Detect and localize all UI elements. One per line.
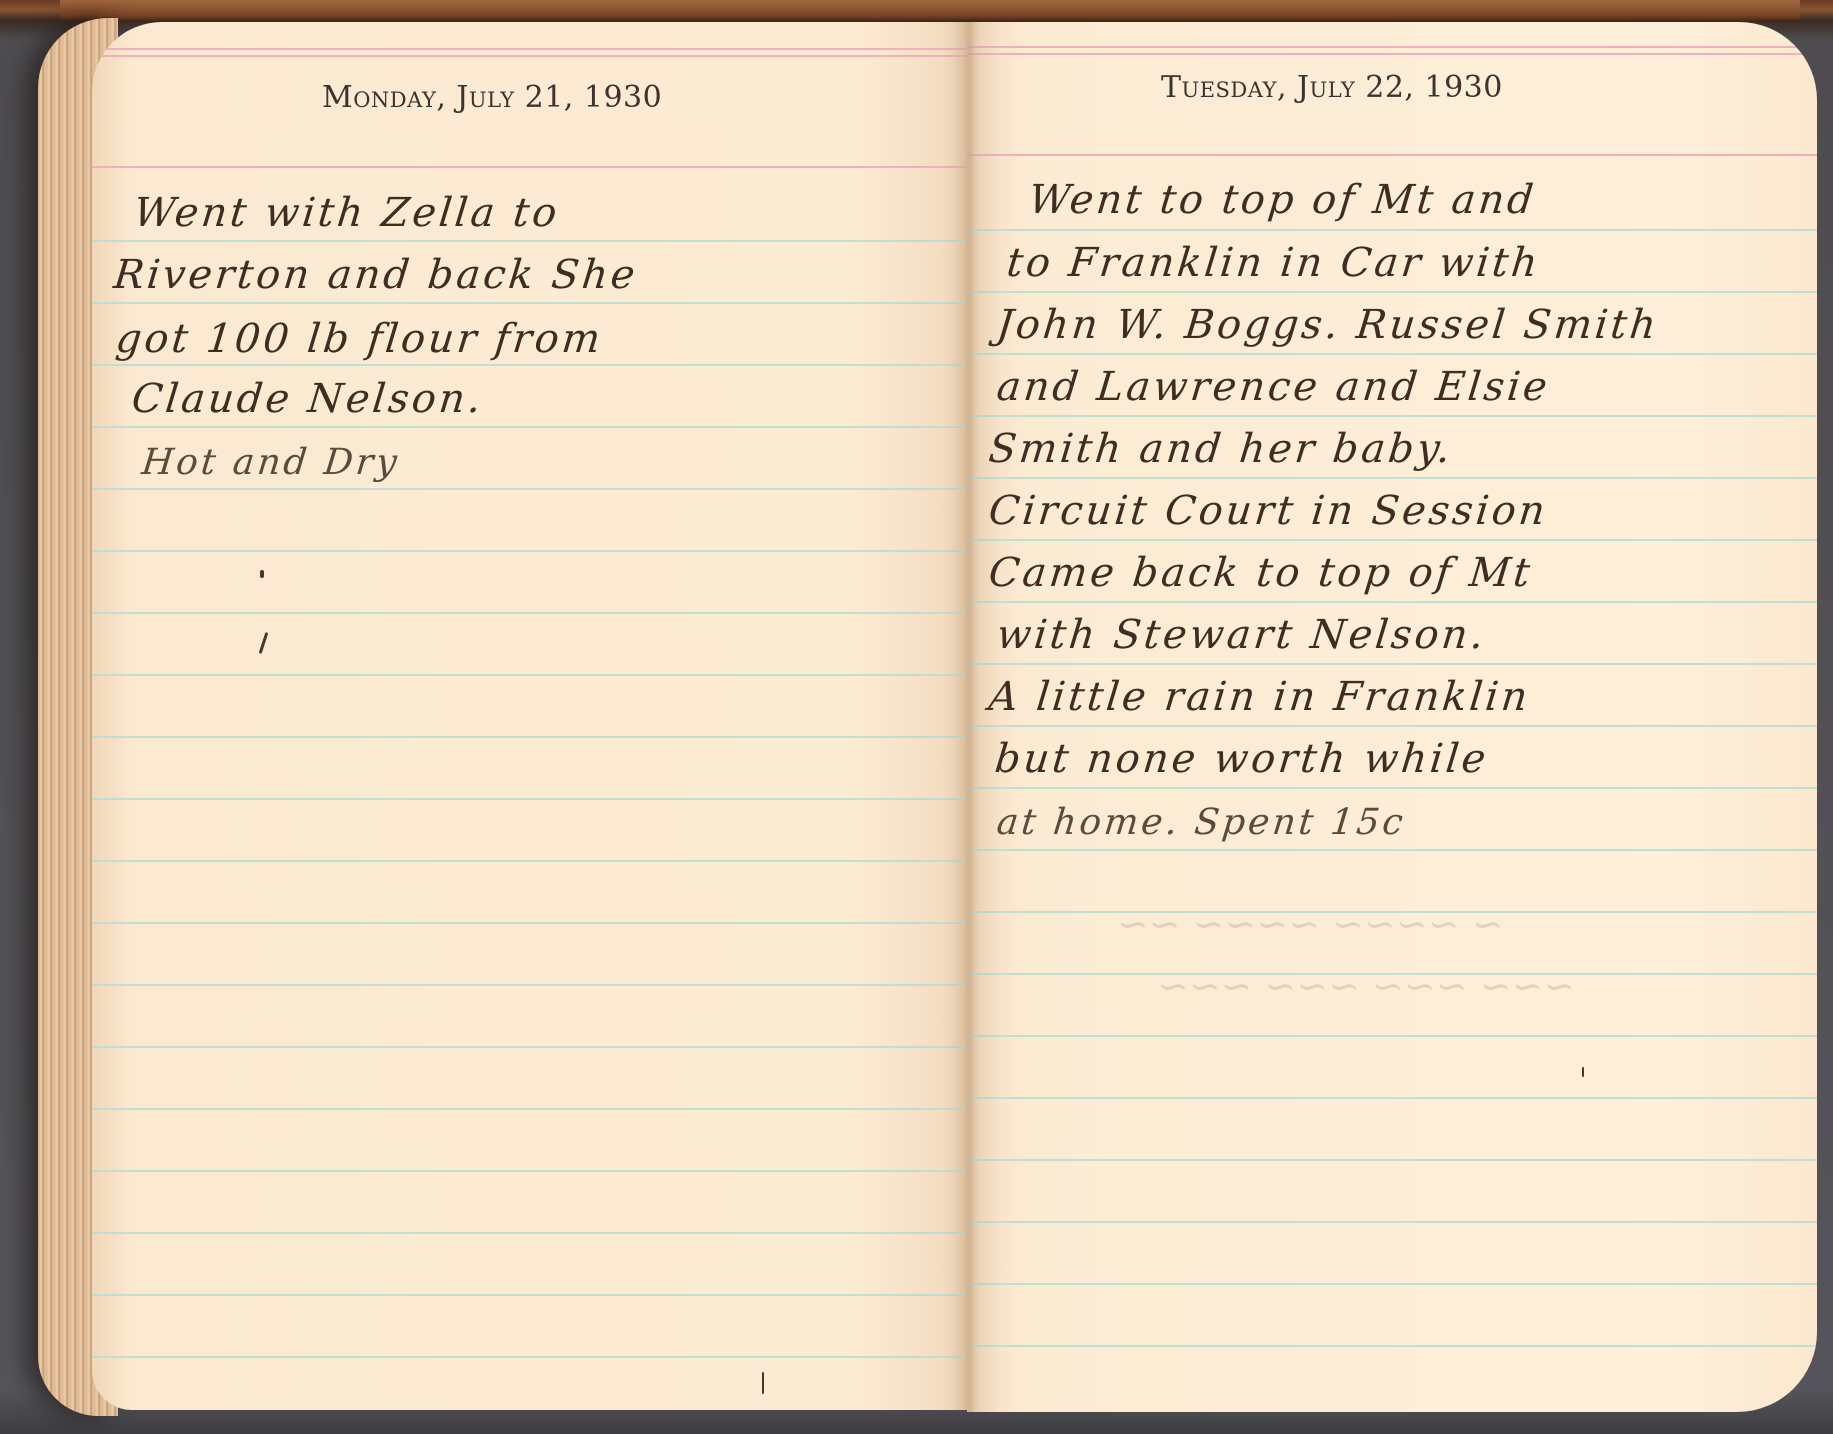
entry-line: John W. Boggs. Russel Smith xyxy=(995,302,1661,348)
blue-rule xyxy=(92,1294,967,1296)
entry-line: got 100 lb flour from xyxy=(114,316,606,362)
entry-line-text: John W. Boggs. Russel Smith xyxy=(995,302,1661,348)
diary-page-right: Tuesday, July 22, 1930 ~ ~~~~ ~~~~ ~~ ~~… xyxy=(967,22,1817,1412)
blue-rule xyxy=(92,1170,967,1172)
blue-rule xyxy=(967,725,1817,727)
entry-line: Hot and Dry xyxy=(140,442,402,483)
entry-line: A little rain in Franklin xyxy=(987,674,1533,720)
blue-rule xyxy=(92,488,967,490)
blue-rule xyxy=(967,1221,1817,1223)
blue-rule xyxy=(92,736,967,738)
blue-rule xyxy=(92,612,967,614)
blue-rule xyxy=(92,364,967,366)
ink-mark xyxy=(762,1372,764,1394)
ink-mark xyxy=(259,632,269,654)
ink-speck xyxy=(1582,1067,1584,1077)
blue-rule xyxy=(967,229,1817,231)
pink-rule xyxy=(92,166,967,168)
blue-rule xyxy=(967,663,1817,665)
pink-rule xyxy=(967,46,1817,48)
blue-rule xyxy=(92,984,967,986)
pink-rule xyxy=(92,55,967,57)
blue-rule xyxy=(92,1046,967,1048)
entry-line: and Lawrence and Elsie xyxy=(995,364,1553,410)
blue-rule xyxy=(967,1097,1817,1099)
entry-line: Circuit Court in Session xyxy=(987,488,1551,534)
blue-rule xyxy=(967,539,1817,541)
blue-rule xyxy=(967,787,1817,789)
blue-rule xyxy=(967,415,1817,417)
pink-rule xyxy=(967,154,1817,156)
entry-line: Came back to top of Mt xyxy=(987,550,1535,596)
blue-rule xyxy=(92,426,967,428)
blue-rule xyxy=(92,1108,967,1110)
blue-rule xyxy=(92,922,967,924)
blue-rule xyxy=(967,1159,1817,1161)
blue-rule xyxy=(967,353,1817,355)
pink-rule xyxy=(967,53,1817,55)
entry-line: Smith and her baby. xyxy=(987,426,1456,472)
blue-rule xyxy=(967,477,1817,479)
entry-line: to Franklin in Car with xyxy=(1005,240,1543,286)
blue-rule xyxy=(967,1035,1817,1037)
entry-line: Riverton and back She xyxy=(112,252,640,298)
bleed-through-text: ~~~ ~~~ ~~~ ~~~ xyxy=(1155,964,1578,1008)
diary-page-left: Monday, July 21, 1930 Went with Zella to… xyxy=(92,22,967,1410)
entry-line: Claude Nelson. xyxy=(130,376,486,422)
entry-line: with Stewart Nelson. xyxy=(995,612,1489,658)
blue-rule xyxy=(967,1283,1817,1285)
blue-rule xyxy=(92,302,967,304)
entry-line: Went with Zella to xyxy=(132,190,562,236)
blue-rule xyxy=(967,291,1817,293)
entry-line: at home. Spent 15c xyxy=(995,802,1408,843)
entry-line: but none worth while xyxy=(993,736,1491,782)
date-header-tuesday: Tuesday, July 22, 1930 xyxy=(1161,70,1503,105)
blue-rule xyxy=(92,1356,967,1358)
ink-speck xyxy=(260,570,264,578)
date-header-monday: Monday, July 21, 1930 xyxy=(322,80,662,115)
bleed-through-text: ~ ~~~~ ~~~~ ~~ xyxy=(1115,902,1506,946)
blue-rule xyxy=(92,860,967,862)
pink-rule xyxy=(92,48,967,50)
blue-rule xyxy=(92,674,967,676)
blue-rule xyxy=(967,1345,1817,1347)
book-top-edge xyxy=(60,0,1800,22)
blue-rule xyxy=(92,1232,967,1234)
blue-rule xyxy=(967,601,1817,603)
blue-rule xyxy=(967,849,1817,851)
blue-rule xyxy=(92,240,967,242)
blue-rule xyxy=(92,798,967,800)
entry-line: Went to top of Mt and xyxy=(1027,177,1539,223)
book-spine-gutter xyxy=(940,22,1000,1412)
blue-rule xyxy=(92,550,967,552)
